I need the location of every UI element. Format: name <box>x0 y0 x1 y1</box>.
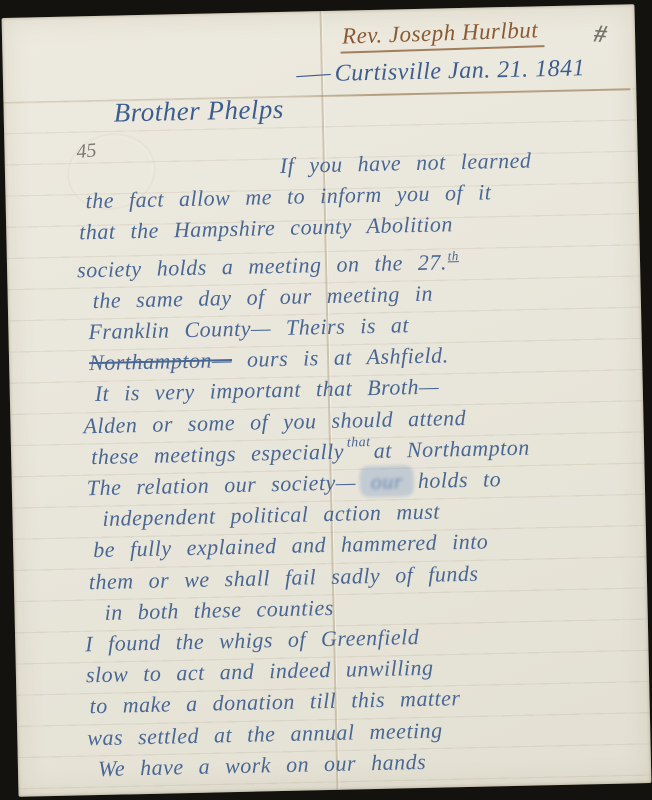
letter-body: If you have not learnedthe fact allow me… <box>75 142 644 784</box>
letter-line-text: was settled at the annual meeting <box>87 717 443 750</box>
docket-author-name: Rev. Joseph Hurlbut <box>340 17 545 54</box>
letter-line-text: holds to <box>418 466 502 493</box>
superscript-ordinal: th <box>447 248 458 263</box>
letter-line-text: independent political action must <box>102 499 440 531</box>
letter-line-text: If you have not learned <box>280 147 532 177</box>
letter-line-text: the same day of our meeting in <box>92 280 433 312</box>
letter-line-text: in both these counties <box>104 595 334 625</box>
horizontal-fold-crease <box>3 88 630 104</box>
pen-flourish: — <box>295 60 333 89</box>
letter-line-text: that the Hampshire county Abolition <box>79 212 453 245</box>
letter-line-text: them or we shall fail sadly of funds <box>89 560 479 593</box>
letter-line-text: these meetings especially <box>91 438 344 469</box>
letter-line-text: at Northampton <box>373 434 529 462</box>
inserted-word-above-line: that <box>347 443 371 444</box>
salutation: Brother Phelps <box>113 94 284 129</box>
letter-line-text: Franklin County— Theirs is at <box>88 312 409 344</box>
letter-page: Rev. Joseph Hurlbut # —Curtisville Jan. … <box>2 4 652 797</box>
letter-line-text: It is very important that Broth— <box>95 374 440 407</box>
letter-line-text: Northampton— <box>89 347 232 375</box>
letter-line-text: I found the whigs of Greenfield <box>85 624 420 656</box>
letter-line-text: to make a donation till this matter <box>89 686 460 719</box>
scanned-letter-page: { "palette": { "scan_background": "#1412… <box>0 0 652 800</box>
dateline: —Curtisville Jan. 21. 1841 <box>303 55 586 88</box>
ink-smudge: our <box>360 465 415 497</box>
letter-line-text: We have a work on our hands <box>98 749 427 781</box>
letter-line-text: Alden or some of you should attend <box>83 405 466 438</box>
pencil-hash-mark: # <box>593 20 608 49</box>
letter-line-text: slow to act and indeed unwilling <box>86 655 434 688</box>
letter-line-text: The relation our society— <box>87 469 357 500</box>
letter-line-text: be fully explained and hammered into <box>93 529 489 563</box>
letter-line-text: society holds a meeting on the 27. <box>77 249 447 282</box>
letter-line-text: ours is at Ashfield. <box>232 343 449 373</box>
dateline-text: Curtisville Jan. 21. 1841 <box>334 55 585 86</box>
